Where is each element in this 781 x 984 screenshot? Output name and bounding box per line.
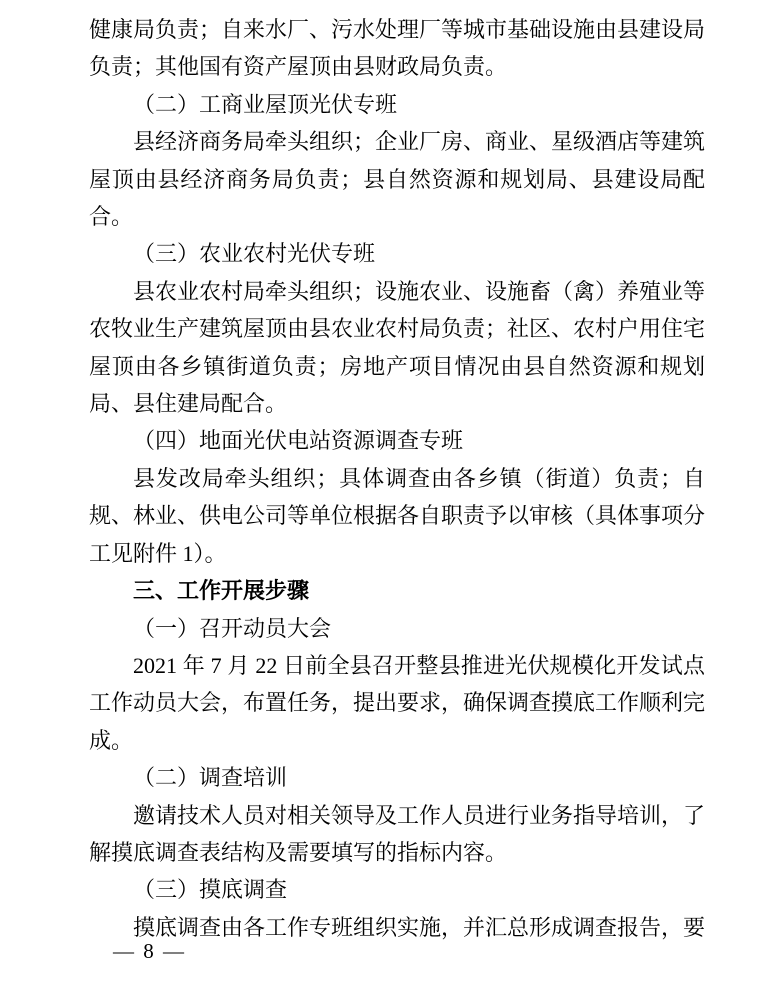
body-paragraph: 邀请技术人员对相关领导及工作人员进行业务指导培训，了解摸底调查表结构及需要填写的… [89, 797, 705, 872]
document-body: 健康局负责；自来水厂、污水处理厂等城市基础设施由县建设局负责；其他国有资产屋顶由… [89, 11, 705, 946]
body-paragraph: 县农业农村局牵头组织；设施农业、设施畜（禽）养殖业等农牧业生产建筑屋顶由县农业农… [89, 273, 705, 423]
body-paragraph: 2021 年 7 月 22 日前全县召开整县推进光伏规模化开发试点工作动员大会，… [89, 647, 705, 759]
body-paragraph: 县发改局牵头组织；具体调查由各乡镇（街道）负责；自规、林业、供电公司等单位根据各… [89, 460, 705, 572]
subsection-heading: （四）地面光伏电站资源调查专班 [89, 422, 705, 459]
body-paragraph: 县经济商务局牵头组织；企业厂房、商业、星级酒店等建筑屋顶由县经济商务局负责；县自… [89, 123, 705, 235]
subsection-heading: （三）农业农村光伏专班 [89, 235, 705, 272]
subsection-heading: （三）摸底调查 [89, 871, 705, 908]
subsection-heading: （一）召开动员大会 [89, 610, 705, 647]
page-number: — 8 — [113, 939, 186, 964]
section-heading: 三、工作开展步骤 [89, 572, 705, 609]
body-paragraph: 健康局负责；自来水厂、污水处理厂等城市基础设施由县建设局负责；其他国有资产屋顶由… [89, 11, 705, 86]
subsection-heading: （二）调查培训 [89, 759, 705, 796]
document-page: 健康局负责；自来水厂、污水处理厂等城市基础设施由县建设局负责；其他国有资产屋顶由… [0, 0, 781, 984]
subsection-heading: （二）工商业屋顶光伏专班 [89, 86, 705, 123]
